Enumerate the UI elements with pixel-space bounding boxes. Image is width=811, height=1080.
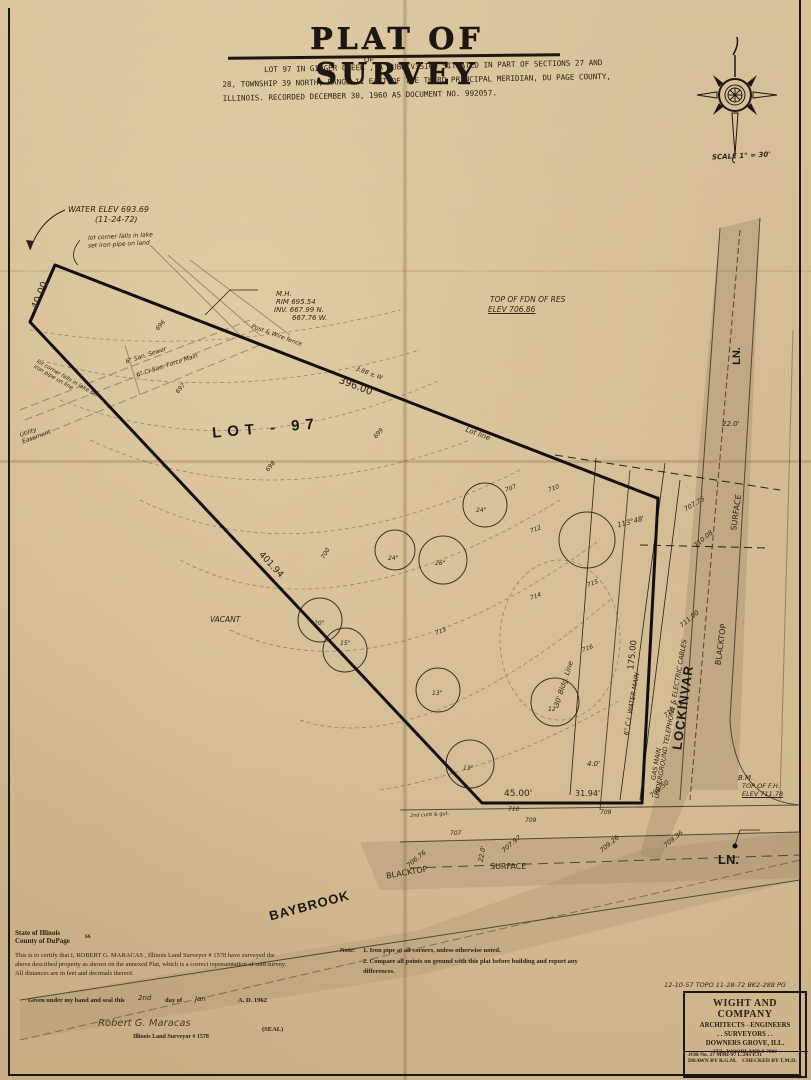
- cert-state: State of Illinois: [15, 929, 60, 937]
- company-line-3: DOWNERS GROVE, ILL.: [685, 1040, 805, 1047]
- tree-size: 24": [476, 507, 486, 514]
- cert-day: 2nd: [138, 994, 151, 1002]
- top-fdn-elev: ELEV 706.86: [488, 305, 535, 314]
- tree-size: 24": [388, 555, 398, 562]
- road-width-label: 22.0': [722, 420, 740, 428]
- cert-given: Given under my hand and seal this: [28, 997, 125, 1004]
- cert-seal: (SEAL): [262, 1026, 283, 1033]
- tree-size: 13": [463, 765, 473, 772]
- setback-label: 4.0': [587, 760, 600, 768]
- bm-label: B.M.: [738, 774, 753, 782]
- tree-size: 13": [432, 690, 442, 697]
- street-ln-bottom: LN.: [718, 852, 739, 867]
- tree-size: 12": [548, 706, 558, 713]
- plat-drawing: [0, 0, 811, 1080]
- cert-month: Jan: [195, 995, 206, 1003]
- bm-elev: ELEV 711.78: [742, 790, 783, 798]
- lot-boundary: [30, 265, 658, 803]
- contour-709: 709: [600, 809, 611, 816]
- company-line-2: . . SURVEYORS . .: [685, 1031, 805, 1038]
- cert-body: This is to certify that I, ROBERT G. MAR…: [15, 951, 287, 978]
- drawn-by: DRAWN BY R.G.M.: [688, 1058, 737, 1064]
- notes-label: Note:: [340, 947, 355, 954]
- manhole-label: M.H.: [276, 290, 292, 298]
- job-info: JOB No. 27 MMI-97 L.243 P.31 DRAWN BY R.…: [685, 1051, 808, 1064]
- dim-bottom-1: 45.00': [504, 789, 532, 799]
- cert-surveyor-line: Illinois Land Surveyor # 1578: [133, 1034, 209, 1040]
- vacant-label: VACANT: [210, 615, 240, 624]
- company-line-1: ARCHITECTS - ENGINEERS: [685, 1022, 805, 1029]
- cert-day-of: day of: [165, 997, 182, 1004]
- topo-note: 12-10-57 TOPO 11-28-72 BK2-288 PG: [664, 981, 786, 989]
- contour-707-bottom: 707: [450, 830, 461, 837]
- water-elev-label: WATER ELEV 693.69: [68, 205, 149, 214]
- bm-top-fh: TOP OF F.H.: [742, 782, 780, 790]
- note-item-2: 2. Compare all points on ground with thi…: [363, 957, 603, 977]
- contour-710-bottom: 710: [508, 806, 519, 813]
- compass-rose-icon: [697, 37, 777, 163]
- title-block: WIGHT AND COMPANY ARCHITECTS - ENGINEERS…: [683, 991, 807, 1078]
- tree-size: 20": [314, 620, 324, 627]
- contour-708: 709: [525, 817, 536, 824]
- cert-ss: ss: [85, 932, 90, 940]
- surveyor-signature: Robert G. Maracas: [98, 1018, 191, 1029]
- cert-ad: A. D. 1962: [238, 997, 267, 1004]
- tree-size: 26": [435, 560, 445, 567]
- water-elev-date: (11-24-72): [95, 215, 138, 224]
- note-item-1: 1. Iron pipe at all corners, unless othe…: [363, 947, 501, 954]
- dim-bottom-2: 31.94': [575, 789, 600, 798]
- checked-by: CHECKED BY T.M.D.: [742, 1058, 796, 1064]
- street-ln-top: LN.: [731, 347, 743, 365]
- drawn-checked: DRAWN BY R.G.M. CHECKED BY T.M.D.: [688, 1058, 808, 1064]
- manhole-inv-n: INV. 667.99 N.: [274, 306, 324, 314]
- top-fdn-label: TOP OF FDN OF RES: [490, 295, 565, 304]
- cert-county: County of DuPage: [15, 937, 70, 945]
- surface-label-baybrook: SURFACE: [490, 862, 526, 871]
- tree-size: 15": [340, 640, 350, 647]
- manhole-rim: RIM 695.54: [276, 298, 316, 306]
- company-name: WIGHT AND COMPANY: [685, 998, 805, 1020]
- manhole-inv-w: 667.76 W.: [292, 314, 327, 322]
